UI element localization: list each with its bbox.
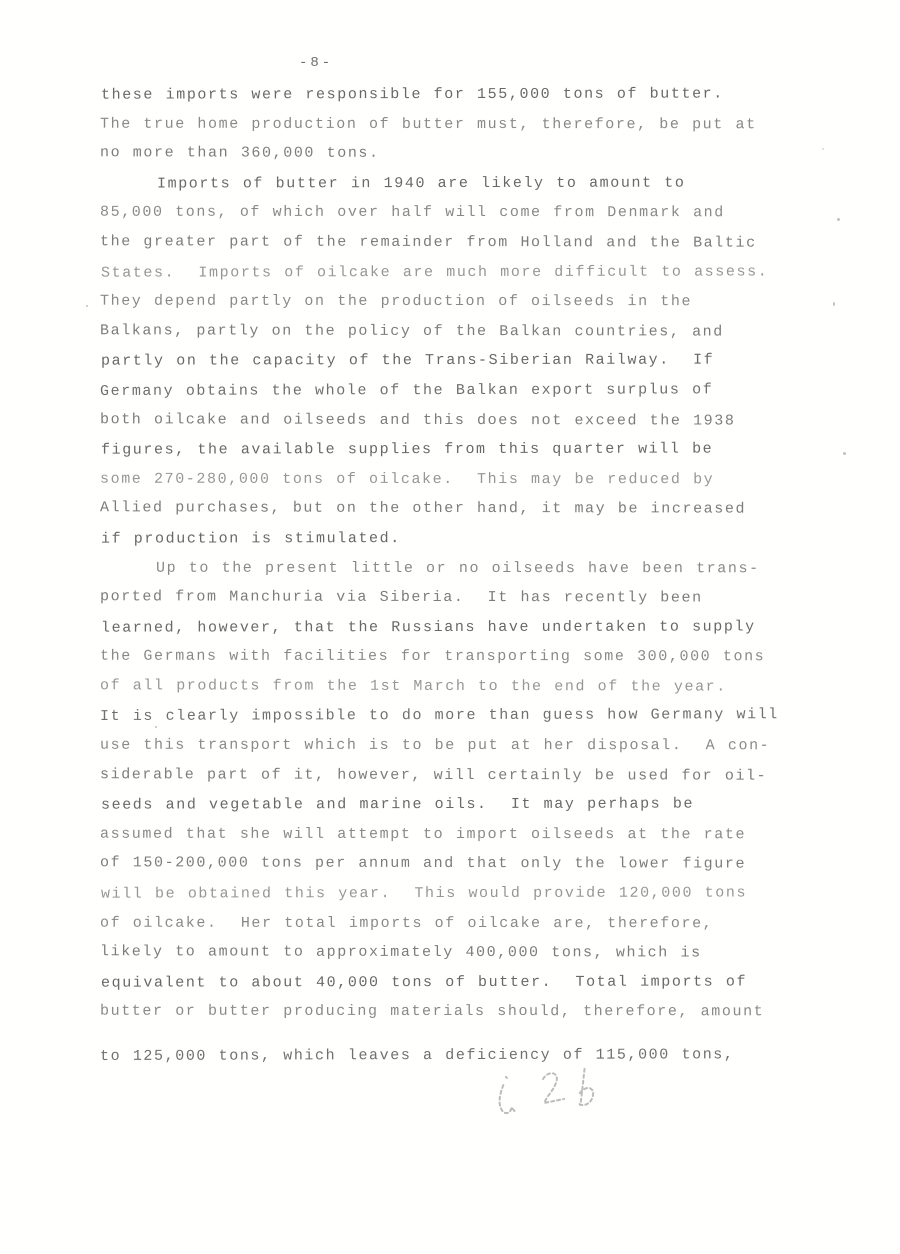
text-line: Germany obtains the whole of the Balkan … — [100, 375, 820, 406]
text-line: the greater part of the remainder from H… — [100, 227, 820, 258]
text-line: both oilcake and oilseeds and this does … — [100, 405, 820, 436]
scan-speck — [833, 302, 835, 306]
text-line: partly on the capacity of the Trans-Sibe… — [101, 346, 821, 377]
text-line: some 270-280,000 tons of oilcake. This m… — [100, 464, 820, 494]
text-line: Up to the present little or no oilseeds … — [100, 553, 820, 583]
text-line: figures, the available supplies from thi… — [101, 434, 821, 465]
text-line: Imports of butter in 1940 are likely to … — [101, 168, 821, 199]
text-line: if production is stimulated. — [101, 523, 821, 554]
text-line: to 125,000 tons, which leaves a deficien… — [100, 1040, 820, 1071]
text-lines: these imports were responsible for 155,0… — [100, 80, 820, 1071]
scan-speck — [86, 305, 88, 307]
text-line: ported from Manchuria via Siberia. It ha… — [100, 582, 820, 613]
text-line: States. Imports of oilcake are much more… — [101, 257, 821, 288]
text-line: They depend partly on the production of … — [100, 287, 820, 317]
text-line: siderable part of it, however, will cert… — [100, 760, 820, 791]
text-line: likely to amount to approximately 400,00… — [100, 937, 820, 968]
text-line: the Germans with facilities for transpor… — [100, 642, 820, 672]
text-line: learned, however, that the Russians have… — [101, 612, 821, 643]
text-line: assumed that she will attempt to import … — [100, 820, 820, 850]
text-line: It is clearly impossible to do more than… — [100, 701, 820, 732]
document-page: -8- these imports were responsible for 1… — [0, 0, 900, 1254]
text-line: equivalent to about 40,000 tons of butte… — [101, 967, 821, 998]
scan-speck — [837, 218, 840, 221]
scan-speck — [843, 452, 846, 455]
text-line: Balkans, partly on the policy of the Bal… — [100, 316, 820, 347]
page-number: -8- — [299, 55, 333, 71]
text-line: Allied purchases, but on the other hand,… — [100, 494, 820, 525]
text-line: no more than 360,000 tons. — [100, 138, 820, 169]
text-line: these imports were responsible for 155,0… — [101, 79, 821, 110]
text-line: The true home production of butter must,… — [100, 109, 820, 139]
text-line: seeds and vegetable and marine oils. It … — [101, 790, 821, 821]
scan-speck — [155, 726, 157, 728]
scan-speck — [822, 148, 824, 150]
text-line: butter or butter producing materials sho… — [100, 997, 820, 1027]
text-line: 85,000 tons, of which over half will com… — [100, 198, 820, 228]
text-line: will be obtained this year. This would p… — [101, 878, 821, 909]
text-line: of all products from the 1st March to th… — [100, 671, 820, 702]
text-line: of 150-200,000 tons per annum and that o… — [100, 849, 820, 880]
text-line: of oilcake. Her total imports of oilcake… — [100, 908, 820, 938]
handwritten-pencil-mark — [486, 1058, 639, 1136]
text-line: use this transport which is to be put at… — [100, 731, 820, 761]
